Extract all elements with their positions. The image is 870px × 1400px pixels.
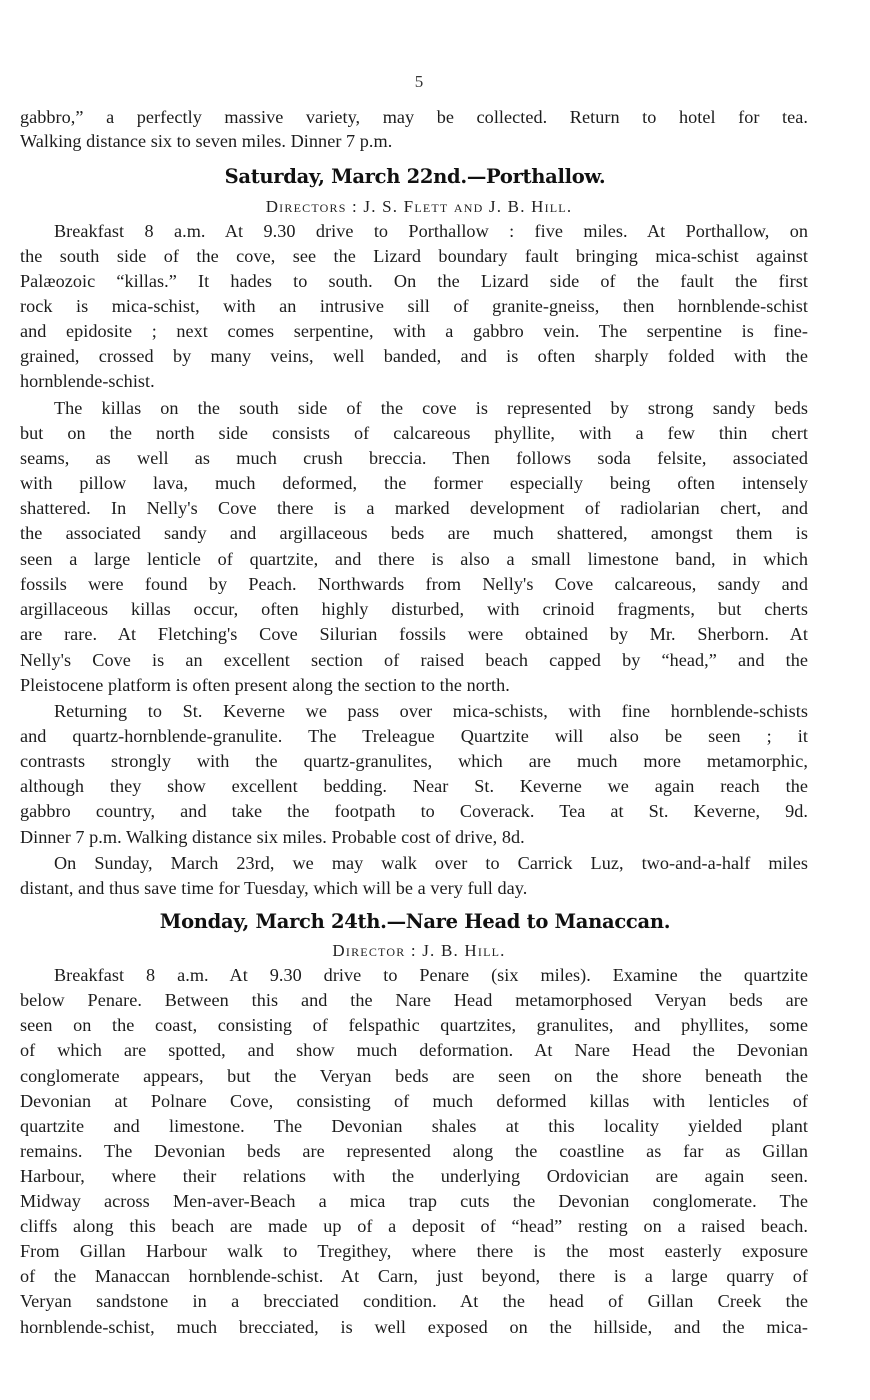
section-heading-saturday: Saturday, March 22nd.—Porthallow.	[0, 164, 830, 190]
paragraph-line: with pillow lava, much deformed, the for…	[20, 471, 808, 495]
paragraph-line: contrasts strongly with the quartz-granu…	[20, 749, 808, 773]
paragraph-line: seen a large lenticle of quartzite, and …	[20, 547, 808, 571]
paragraph-line: Devonian at Polnare Cove, consisting of …	[20, 1089, 808, 1113]
paragraph-line: Nelly's Cove is an excellent section of …	[20, 648, 808, 672]
section-directors-saturday: Directors : J. S. Flett and J. B. Hill.	[0, 196, 838, 218]
paragraph-line: conglomerate appears, but the Veryan bed…	[20, 1064, 808, 1088]
intro-line: gabbro,” a perfectly massive variety, ma…	[20, 105, 808, 129]
paragraph-line: argillaceous killas occur, often highly …	[20, 597, 808, 621]
paragraph-line: Breakfast 8 a.m. At 9.30 drive to Penare…	[54, 963, 808, 987]
paragraph-line: The killas on the south side of the cove…	[54, 396, 808, 420]
paragraph-line: Dinner 7 p.m. Walking distance six miles…	[20, 825, 808, 849]
paragraph-line: and epidosite ; next comes serpentine, w…	[20, 319, 808, 343]
paragraph-line: and quartz-hornblende-granulite. The Tre…	[20, 724, 808, 748]
paragraph-line: Veryan sandstone in a brecciated conditi…	[20, 1289, 808, 1313]
paragraph-line: Midway across Men-aver-Beach a mica trap…	[20, 1189, 808, 1213]
paragraph-line: Breakfast 8 a.m. At 9.30 drive to Portha…	[54, 219, 808, 243]
page-number: 5	[0, 72, 838, 92]
paragraph-line: seen on the coast, consisting of felspat…	[20, 1013, 808, 1037]
paragraph-line: but on the north side consists of calcar…	[20, 421, 808, 445]
paragraph-line: the south side of the cove, see the Liza…	[20, 244, 808, 268]
paragraph-line: are rare. At Fletching's Cove Silurian f…	[20, 622, 808, 646]
paragraph-line: distant, and thus save time for Tuesday,…	[20, 876, 808, 900]
paragraph-line: quartzite and limestone. The Devonian sh…	[20, 1114, 808, 1138]
paragraph-line: rock is mica-schist, with an intrusive s…	[20, 294, 808, 318]
paragraph-line: Harbour, where their relations with the …	[20, 1164, 808, 1188]
paragraph-line: of which are spotted, and show much defo…	[20, 1038, 808, 1062]
paragraph-line: gabbro country, and take the footpath to…	[20, 799, 808, 823]
paragraph-line: cliffs along this beach are made up of a…	[20, 1214, 808, 1238]
paragraph-line: From Gillan Harbour walk to Tregithey, w…	[20, 1239, 808, 1263]
paragraph-line: seams, as well as much crush breccia. Th…	[20, 446, 808, 470]
section-heading-monday: Monday, March 24th.—Nare Head to Manacca…	[0, 909, 830, 935]
paragraph-line: hornblende-schist.	[20, 369, 808, 393]
paragraph-line: shattered. In Nelly's Cove there is a ma…	[20, 496, 808, 520]
section-directors-monday: Director : J. B. Hill.	[0, 940, 838, 962]
paragraph-line: the associated sandy and argillaceous be…	[20, 521, 808, 545]
paragraph-line: remains. The Devonian beds are represent…	[20, 1139, 808, 1163]
paragraph-line: Pleistocene platform is often present al…	[20, 673, 808, 697]
paragraph-line: of the Manaccan hornblende-schist. At Ca…	[20, 1264, 808, 1288]
paragraph-line: hornblende-schist, much brecciated, is w…	[20, 1315, 808, 1339]
paragraph-line: below Penare. Between this and the Nare …	[20, 988, 808, 1012]
paragraph-line: Palæozoic “killas.” It hades to south. O…	[20, 269, 808, 293]
paragraph-line: Returning to St. Keverne we pass over mi…	[54, 699, 808, 723]
document-page: 5 gabbro,” a perfectly massive variety, …	[0, 0, 870, 1400]
intro-line: Walking distance six to seven miles. Din…	[20, 129, 808, 153]
paragraph-line: grained, crossed by many veins, well ban…	[20, 344, 808, 368]
paragraph-line: fossils were found by Peach. Northwards …	[20, 572, 808, 596]
paragraph-line: although they show excellent bedding. Ne…	[20, 774, 808, 798]
paragraph-line: On Sunday, March 23rd, we may walk over …	[54, 851, 808, 875]
